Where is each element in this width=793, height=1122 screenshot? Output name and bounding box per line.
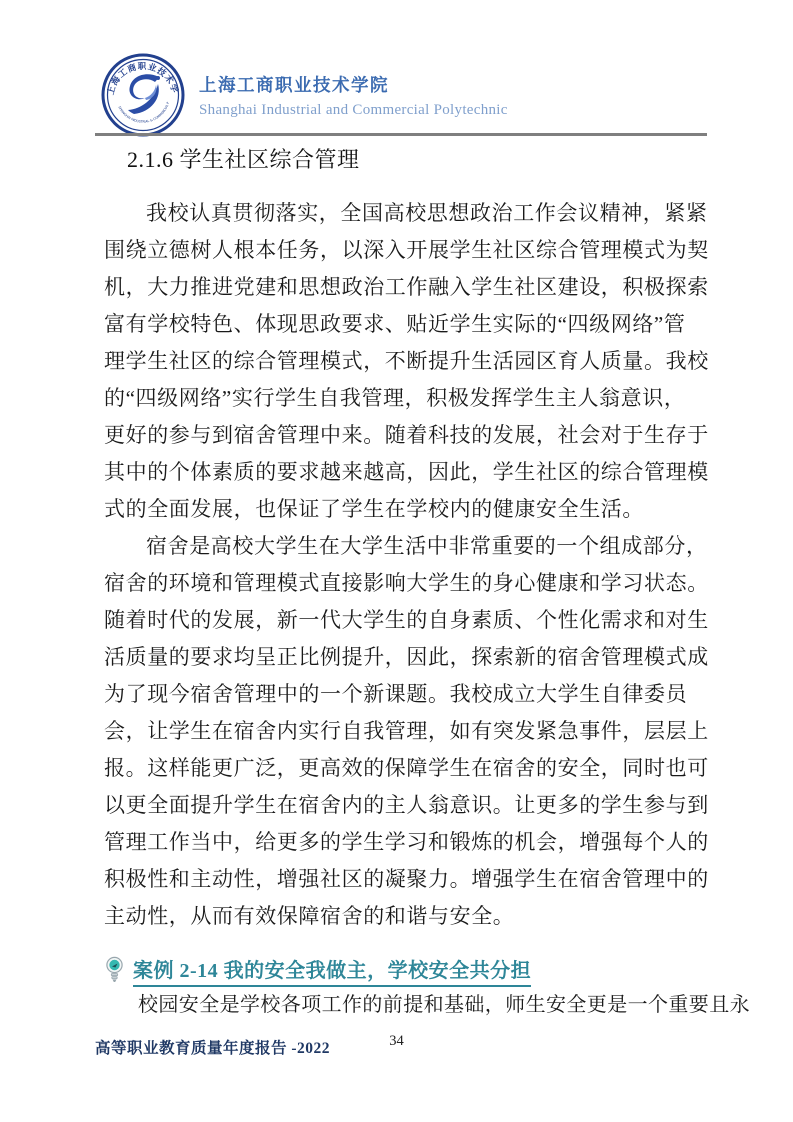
header-titles: 上海工商职业技术学院 Shanghai Industrial and Comme… xyxy=(199,72,508,119)
text-line: 主动性，从而有效保障宿舍的和谐与安全。 xyxy=(104,898,714,935)
paragraph-1: 我校认真贯彻落实，全国高校思想政治工作会议精神，紧紧围绕立德树人根本任务，以深入… xyxy=(104,195,714,528)
text-line: 其中的个体素质的要求越来越高，因此，学生社区的综合管理模 xyxy=(104,454,714,491)
text-line: 理学生社区的综合管理模式，不断提升生活园区育人质量。我校 xyxy=(104,343,714,380)
text-line: 富有学校特色、体现思政要求、贴近学生实际的“四级网络”管 xyxy=(104,306,714,343)
school-name-zh: 上海工商职业技术学院 xyxy=(199,72,508,97)
text-line: 活质量的要求均呈正比例提升，因此，探索新的宿舍管理模式成 xyxy=(104,639,714,676)
text-line: 围绕立德树人根本任务，以深入开展学生社区综合管理模式为契 xyxy=(104,232,714,269)
text-line: 宿舍是高校大学生在大学生活中非常重要的一个组成部分， xyxy=(104,528,714,565)
text-line: 的“四级网络”实行学生自我管理，积极发挥学生主人翁意识， xyxy=(104,380,714,417)
document-page: 上海工商职业技术学院 SHANGHAI INDUSTRIAL & COMMERC… xyxy=(0,0,793,1122)
text-line: 校园安全是学校各项工作的前提和基础，师生安全更是一个重要且永 xyxy=(104,988,724,1022)
text-line: 积极性和主动性，增强社区的凝聚力。增强学生在宿舍管理中的 xyxy=(104,861,714,898)
body-text: 我校认真贯彻落实，全国高校思想政治工作会议精神，紧紧围绕立德树人根本任务，以深入… xyxy=(104,195,714,935)
text-line: 以更全面提升学生在宿舍内的主人翁意识。让更多的学生参与到 xyxy=(104,787,714,824)
lightbulb-icon xyxy=(105,956,124,985)
footer-page-number: 34 xyxy=(0,1033,793,1050)
text-line: 宿舍的环境和管理模式直接影响大学生的身心健康和学习状态。 xyxy=(104,565,714,602)
school-seal-logo: 上海工商职业技术学院 SHANGHAI INDUSTRIAL & COMMERC… xyxy=(101,53,185,137)
text-line: 更好的参与到宿舍管理中来。随着科技的发展，社会对于生存于 xyxy=(104,417,714,454)
text-line: 随着时代的发展，新一代大学生的自身素质、个性化需求和对生 xyxy=(104,602,714,639)
text-line: 我校认真贯彻落实，全国高校思想政治工作会议精神，紧紧 xyxy=(104,195,714,232)
text-line: 机，大力推进党建和思想政治工作融入学生社区建设，积极探索 xyxy=(104,269,714,306)
section-heading: 2.1.6 学生社区综合管理 xyxy=(127,143,360,174)
school-name-en: Shanghai Industrial and Commercial Polyt… xyxy=(199,102,508,119)
header-divider xyxy=(95,133,707,136)
text-line: 报。这样能更广泛，更高效的保障学生在宿舍的安全，同时也可 xyxy=(104,750,714,787)
text-line: 为了现今宿舍管理中的一个新课题。我校成立大学生自律委员 xyxy=(104,676,714,713)
paragraph-3: 校园安全是学校各项工作的前提和基础，师生安全更是一个重要且永 xyxy=(104,988,724,1022)
text-line: 管理工作当中，给更多的学生学习和锻炼的机会，增强每个人的 xyxy=(104,824,714,861)
text-line: 式的全面发展，也保证了学生在学校内的健康安全生活。 xyxy=(104,491,714,528)
case-link-row: 案例 2-14 我的安全我做主，学校安全共分担 xyxy=(105,954,531,987)
paragraph-2: 宿舍是高校大学生在大学生活中非常重要的一个组成部分，宿舍的环境和管理模式直接影响… xyxy=(104,528,714,935)
case-study-link[interactable]: 案例 2-14 我的安全我做主，学校安全共分担 xyxy=(133,954,531,987)
text-line: 会，让学生在宿舍内实行自我管理，如有突发紧急事件，层层上 xyxy=(104,713,714,750)
